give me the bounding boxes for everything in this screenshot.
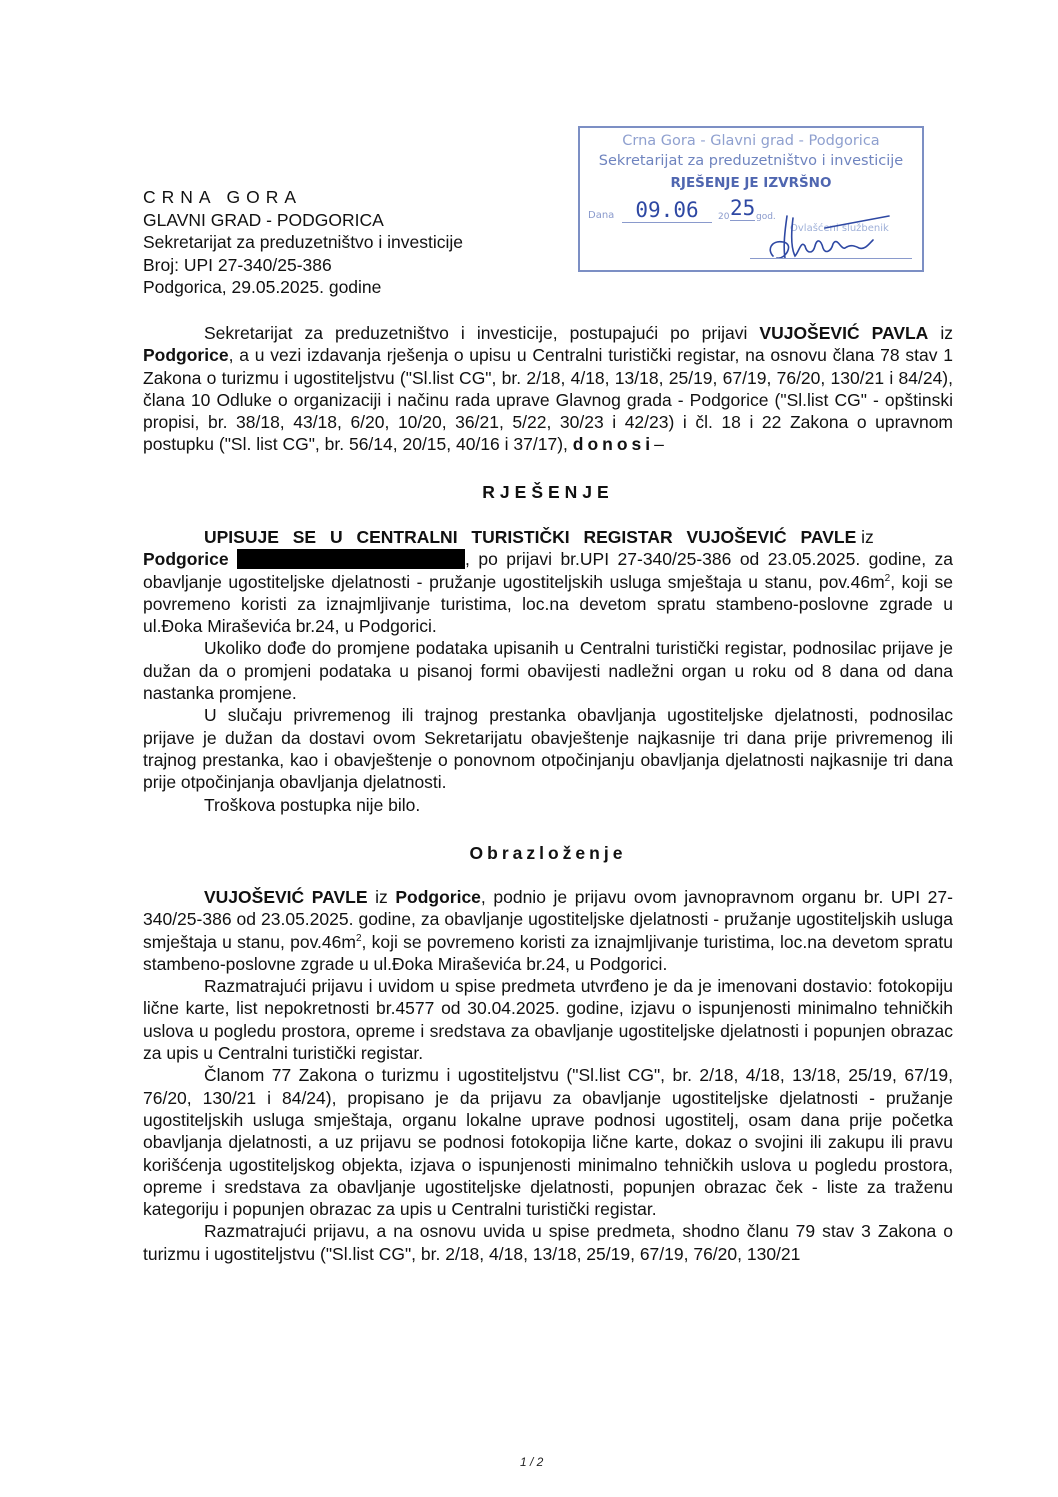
decision-section: UPISUJE SE U CENTRALNI TURISTIČKI REGIST… [143,526,953,816]
letterhead: CRNA GORA GLAVNI GRAD - PODGORICA Sekret… [143,186,463,299]
decision-title: RJEŠENJE [143,482,953,503]
enforceability-stamp: Crna Gora - Glavni grad - Podgorica Sekr… [578,126,924,272]
stamp-dana-label: Dana [588,210,614,221]
stamp-year-handwritten: 25 [730,196,755,221]
reasoning-paragraph-2: Razmatrajući prijavu i uvidom u spise pr… [143,975,953,1064]
reasoning-section: VUJOŠEVIĆ PAVLE iz Podgorice, podnio je … [143,886,953,1265]
decision-paragraph-3: U slučaju privremenog ili trajnog presta… [143,704,953,793]
decision-paragraph-2: Ukoliko dođe do promjene podataka upisan… [143,637,953,704]
reasoning-paragraph-4: Razmatrajući prijavu, a na osnovu uvida … [143,1220,953,1265]
applicant-city: Podgorice [143,345,229,365]
page-number: 1 / 2 [520,1455,543,1469]
decision-paragraph-1: UPISUJE SE U CENTRALNI TURISTIČKI REGIST… [143,526,953,548]
decision-city: Podgorice [143,549,229,569]
stamp-line-3: RJEŠENJE JE IZVRŠNO [580,175,922,191]
reasoning-applicant-name: VUJOŠEVIĆ PAVLE [204,887,368,907]
signature-line [750,258,912,259]
stamp-date-handwritten: 09.06 [622,198,712,223]
stamp-line-1: Crna Gora - Glavni grad - Podgorica [580,133,922,149]
decision-paragraph-4: Troškova postupka nije bilo. [143,794,953,816]
document-page: CRNA GORA GLAVNI GRAD - PODGORICA Sekret… [0,0,1058,1497]
place-date: Podgorica, 29.05.2025. godine [143,276,463,299]
reasoning-title: Obrazloženje [143,843,953,864]
reasoning-paragraph-1: VUJOŠEVIĆ PAVLE iz Podgorice, podnio je … [143,886,953,975]
case-number: Broj: UPI 27-340/25-386 [143,254,463,277]
donosi-word: donosi [573,434,654,454]
reasoning-paragraph-3: Članom 77 Zakona o turizmu i ugostiteljs… [143,1064,953,1220]
stamp-line-2: Sekretarijat za preduzetništvo i investi… [580,153,922,169]
department-name: Sekretarijat za preduzetništvo i investi… [143,231,463,254]
stamp-year-prefix: 20 [718,212,729,222]
decision-heading-text: UPISUJE SE U CENTRALNI TURISTIČKI REGIST… [204,527,856,547]
country-name: CRNA GORA [143,186,463,209]
reasoning-applicant-city: Podgorice [395,887,481,907]
redacted-address [237,549,465,569]
intro-paragraph: Sekretarijat za preduzetništvo i investi… [143,322,953,456]
city-name: GLAVNI GRAD - PODGORICA [143,209,463,232]
applicant-name: VUJOŠEVIĆ PAVLA [759,323,928,343]
